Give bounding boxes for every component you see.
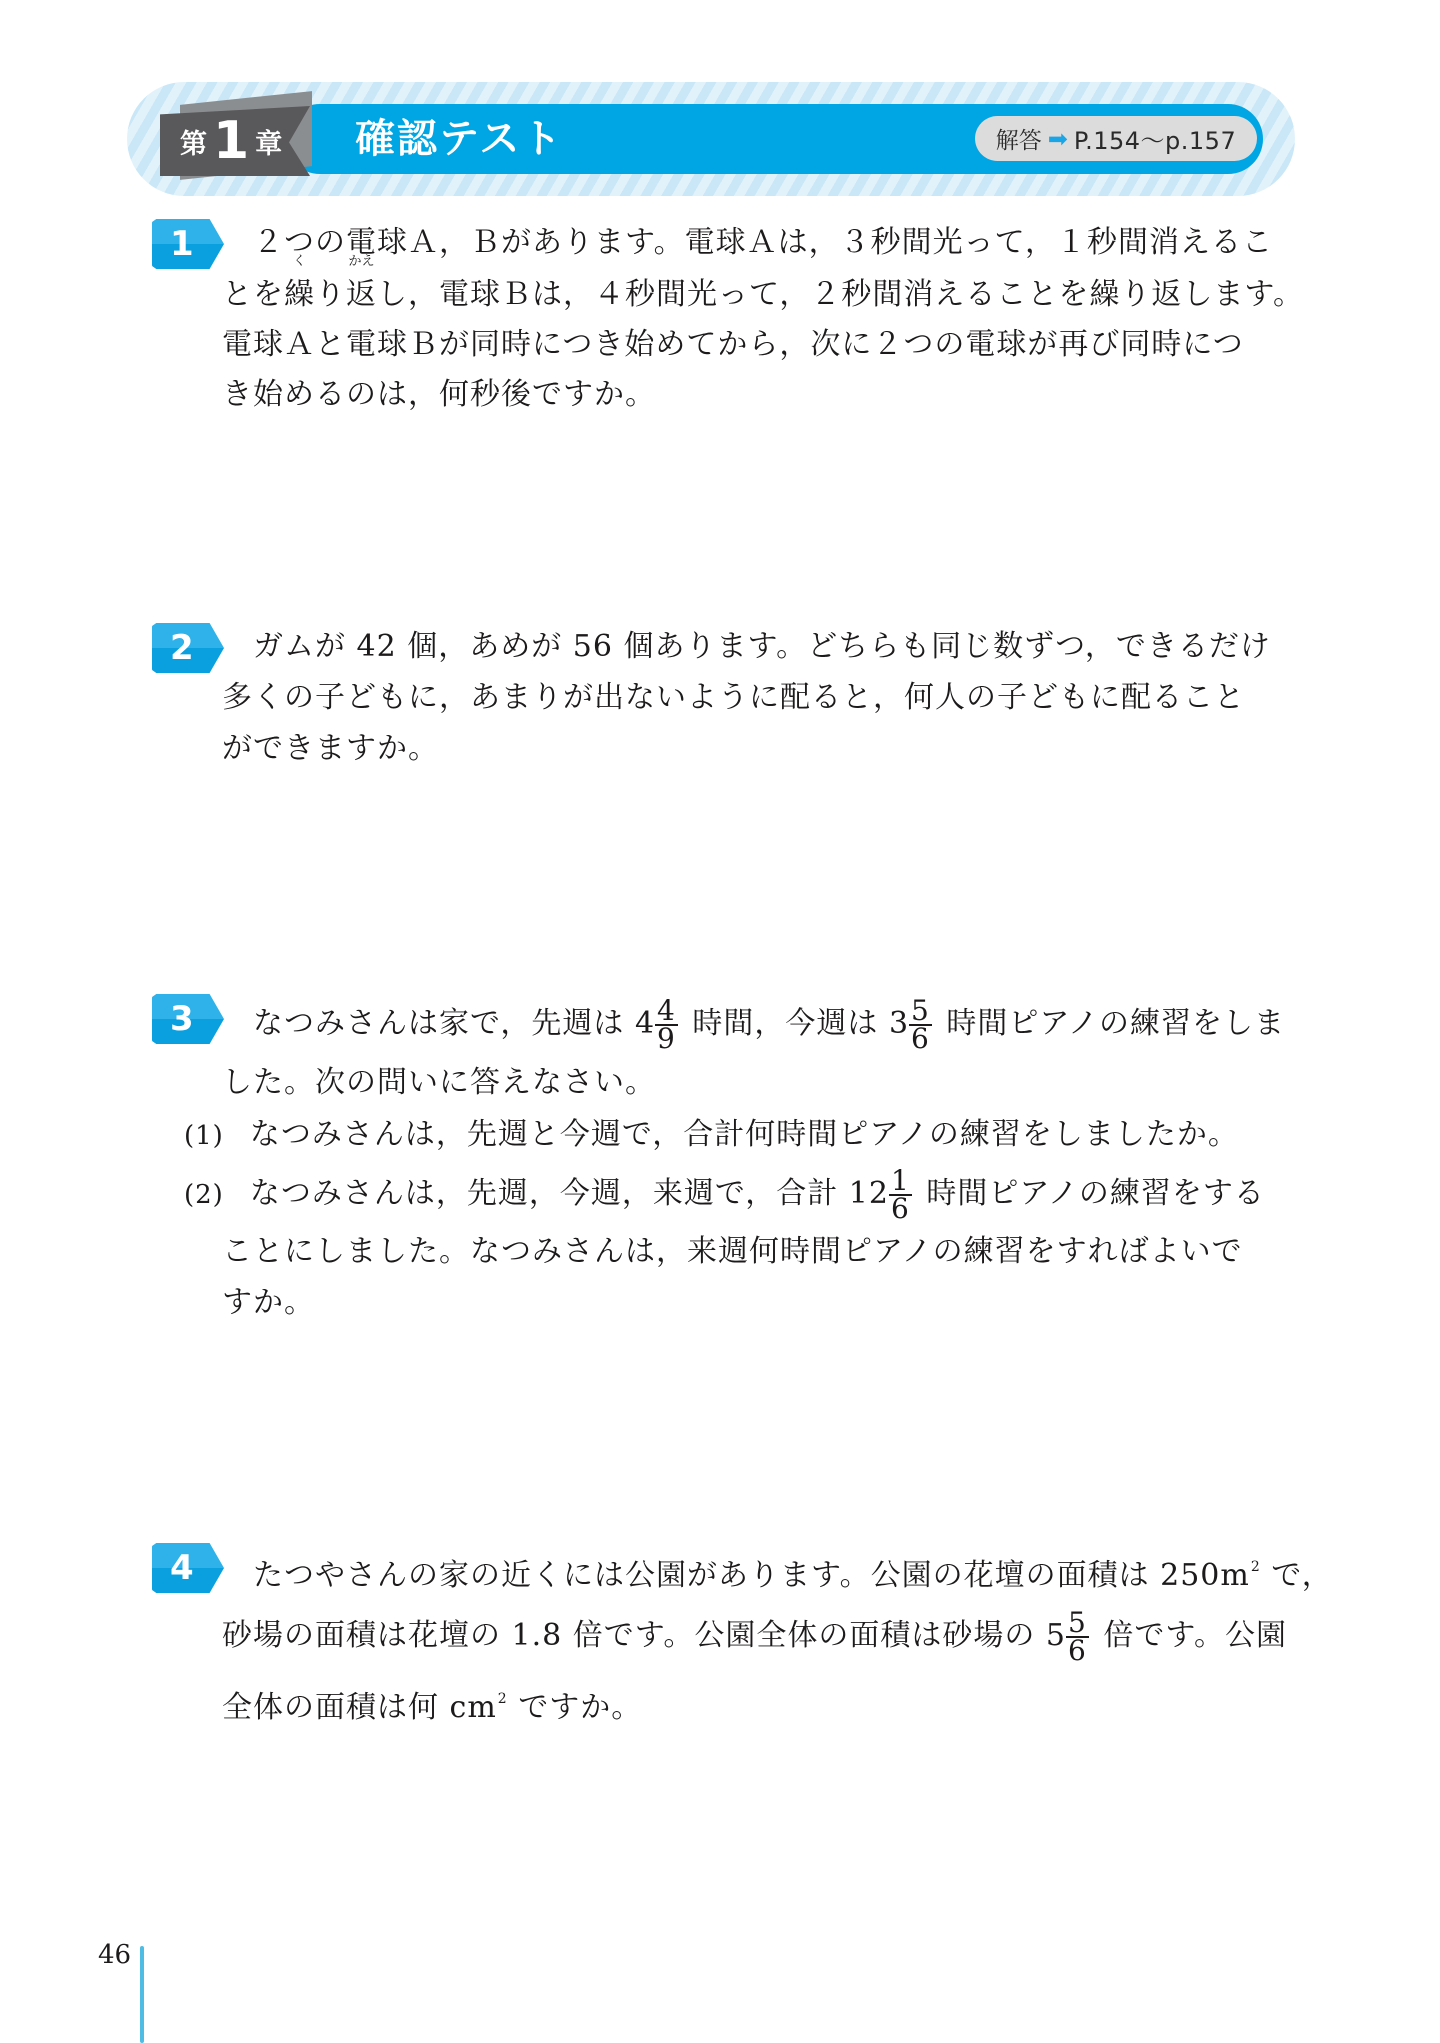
answer-label: 解答 <box>996 122 1042 155</box>
question-number-badge: 3 <box>152 994 224 1044</box>
fraction-denominator: 9 <box>655 1026 678 1052</box>
ruby-word: 繰く <box>284 275 315 315</box>
question-1-line-4: き始めるのは，何秒後ですか。 <box>222 375 656 415</box>
text-segment: 時間ピアノの練習をする <box>916 1176 1265 1211</box>
text-segment: 全体の面積は何 cm <box>222 1690 497 1725</box>
question-3-line-1: なつみさんは家で，先週は 449 時間，今週は 356 時間ピアノの練習をしま <box>222 998 1285 1052</box>
answer-reference-pill: 解答 ➡ P.154〜p.157 <box>975 116 1257 161</box>
text-segment: り <box>315 277 346 312</box>
fraction: 49 <box>655 998 678 1052</box>
page-number: 46 <box>98 1940 131 1970</box>
question-3-sub-2-line-3: すか。 <box>222 1283 315 1323</box>
question-1-line-2: とを繰くり返かえし，電球Ｂは，４秒間光って，２秒間消えることを繰り返します。 <box>222 275 1304 315</box>
chapter-flag: 第 1 章 <box>160 106 310 176</box>
fraction: 16 <box>889 1168 912 1222</box>
text-segment: 倍です。公園 <box>1093 1618 1287 1653</box>
mixed-number-whole: 4 <box>635 1006 655 1041</box>
chapter-prefix: 第 <box>180 122 207 161</box>
question-4-line-3: 全体の面積は何 cm2 ですか。 <box>222 1679 642 1728</box>
fraction-denominator: 6 <box>909 1026 932 1052</box>
question-number-badge: 4 <box>152 1543 224 1593</box>
page-title: 確認テスト <box>355 108 563 170</box>
ruby-word: 返かえ <box>346 275 377 315</box>
chapter-suffix: 章 <box>255 122 282 161</box>
ruby-base: 返 <box>346 277 377 312</box>
question-4-line-1: たつやさんの家の近くには公園があります。公園の花壇の面積は 250m2 で， <box>222 1547 1333 1596</box>
sub-question-label: (2) <box>184 1180 224 1210</box>
question-3-line-2: した。次の問いに答えなさい。 <box>222 1063 656 1103</box>
text-segment: なつみさんは，先週，今週，来週で，合計 <box>250 1176 849 1211</box>
question-3-sub-1: (1)なつみさんは，先週と今週で，合計何時間ピアノの練習をしましたか。 <box>184 1115 1239 1156</box>
text-segment: 時間，今週は <box>682 1006 889 1041</box>
ruby-annotation: く <box>293 255 306 269</box>
fraction: 56 <box>909 998 932 1052</box>
text-segment: とを <box>222 277 284 312</box>
mixed-number-whole: 5 <box>1046 1618 1066 1653</box>
ruby-base: 繰 <box>284 277 315 312</box>
text-segment: 時間ピアノの練習をしま <box>936 1006 1285 1041</box>
question-number-badge: 1 <box>152 219 224 269</box>
fraction-denominator: 6 <box>1066 1638 1089 1664</box>
text-segment: なつみさんは家で，先週は <box>222 1006 635 1041</box>
arrow-right-icon: ➡ <box>1048 125 1068 153</box>
fraction: 56 <box>1066 1610 1089 1664</box>
chapter-number: 1 <box>213 115 249 167</box>
page-margin-rule <box>140 1946 144 2043</box>
mixed-number-whole: 12 <box>849 1176 889 1211</box>
question-2-line-1: ガムが 42 個，あめが 56 個あります。どちらも同じ数ずつ，できるだけ <box>222 627 1271 667</box>
text-segment: で， <box>1261 1558 1333 1593</box>
sub-question-text: なつみさんは，先週と今週で，合計何時間ピアノの練習をしましたか。 <box>250 1117 1239 1152</box>
text-segment: ですか。 <box>508 1690 643 1725</box>
text-segment: たつやさんの家の近くには公園があります。公園の花壇の面積は 250m <box>222 1558 1250 1593</box>
question-1-line-1: ２つの電球Ａ，Ｂがあります。電球Ａは，３秒間光って，１秒間消えるこ <box>222 223 1273 263</box>
answer-pages: P.154〜p.157 <box>1074 121 1236 156</box>
text-segment: 砂場の面積は花壇の 1.8 倍です。公園全体の面積は砂場の <box>222 1618 1046 1653</box>
sub-question-label: (1) <box>184 1121 224 1151</box>
question-number-badge: 2 <box>152 623 224 673</box>
question-2-line-3: ができますか。 <box>222 729 439 769</box>
text-segment: し，電球Ｂは，４秒間光って，２秒間消えることを繰り返します。 <box>377 277 1304 312</box>
question-3-sub-2-line-1: (2)なつみさんは，先週，今週，来週で，合計 1216 時間ピアノの練習をする <box>184 1168 1265 1222</box>
question-2-line-2: 多くの子どもに，あまりが出ないように配ると，何人の子どもに配ること <box>222 678 1245 718</box>
superscript: 2 <box>1251 1559 1261 1575</box>
mixed-number-whole: 3 <box>889 1006 909 1041</box>
question-1-line-3: 電球Ａと電球Ｂが同時につき始めてから，次に２つの電球が再び同時につ <box>222 325 1244 365</box>
question-4-line-2: 砂場の面積は花壇の 1.8 倍です。公園全体の面積は砂場の 556 倍です。公園 <box>222 1610 1287 1664</box>
ruby-annotation: かえ <box>348 255 374 269</box>
fraction-denominator: 6 <box>889 1196 912 1222</box>
superscript: 2 <box>498 1691 508 1707</box>
question-3-sub-2-line-2: ことにしました。なつみさんは，来週何時間ピアノの練習をすればよいで <box>222 1232 1243 1272</box>
